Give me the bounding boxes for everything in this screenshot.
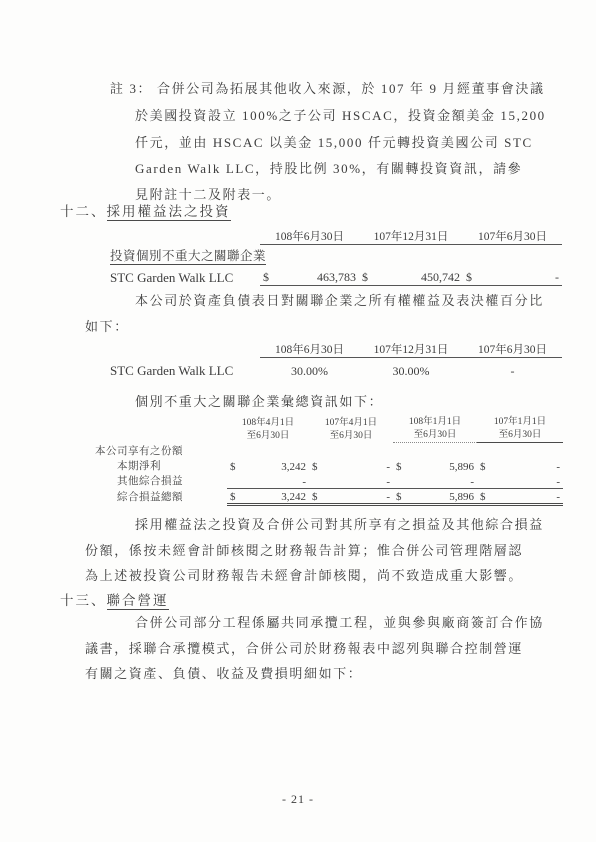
equity-method-para-line-2: 份額，係按未經會計師核閱之財務報告計算；惟合併公司管理階層認 (85, 540, 523, 559)
ownership-para-line-2: 如下： (85, 316, 129, 335)
amount-cell: - (477, 473, 563, 488)
amount-value: - (302, 476, 306, 488)
percentage-cell: 30.00% (359, 358, 463, 379)
period-line1: 108年4月1日 (227, 417, 309, 430)
amount-wrap: $3,242 (227, 491, 309, 503)
period-header: 108年1月1日至6月30日 (393, 412, 477, 443)
section-13-heading: 十三、聯合營運 (60, 589, 169, 609)
amount-wrap: $- (463, 270, 562, 285)
amount-cell: - (227, 473, 309, 488)
amount-value: - (556, 491, 560, 503)
equity-method-para-line-3: 為上述被投資公司財務報告未經會計師核閱，尚不致造成重大影響。 (85, 565, 523, 584)
amount-wrap: $- (309, 461, 393, 473)
amount-cell: $- (309, 458, 393, 473)
section-12-number: 十二、 (60, 204, 107, 219)
amount-cell: - (309, 473, 393, 488)
table-row: STC Garden Walk LLC 30.00% 30.00% - (110, 358, 562, 379)
currency-sign: $ (480, 491, 486, 503)
ownership-para-line-1: 本公司於資產負債表日對關聯企業之所有權權益及表決權百分比 (135, 290, 544, 309)
group-label: 投資個別不重大之關聯企業 (110, 249, 266, 265)
currency-sign: $ (312, 461, 318, 473)
amount-cell: $3,242 (227, 458, 309, 473)
period-line2: 至6月30日 (309, 430, 393, 443)
amount-wrap: $3,242 (227, 461, 309, 473)
amount-value: - (386, 476, 390, 488)
currency-sign: $ (396, 491, 402, 503)
note3-line-3: 仟元，並由 HSCAC 以美金 15,000 仟元轉投資美國公司 STC (135, 132, 533, 151)
currency-sign: $ (312, 491, 318, 503)
currency-sign: $ (480, 461, 486, 473)
amount-wrap: $5,896 (393, 491, 477, 503)
row-label: 其他綜合損益 (95, 473, 227, 488)
amount-value: 5,896 (449, 491, 474, 503)
date-header: 108年6月30日 (260, 337, 359, 358)
amount-value: - (386, 461, 390, 473)
table-row: 本公司享有之份額 (95, 443, 563, 459)
currency-sign: $ (396, 461, 402, 473)
amount-cell: $5,896 (393, 488, 477, 504)
currency-sign: $ (263, 270, 269, 285)
period-header: 108年4月1日至6月30日 (227, 412, 309, 443)
amount-wrap: $450,742 (359, 270, 463, 285)
date-header: 107年12月31日 (359, 337, 463, 358)
amount-value: - (556, 476, 560, 488)
page-number: - 21 - (0, 792, 596, 807)
period-header: 107年1月1日至6月30日 (477, 412, 563, 443)
note3-line-4: Garden Walk LLC，持股比例 30%，有關轉投資資訊，請參 (135, 158, 522, 177)
note3-line-2: 於美國投資設立 100%之子公司 HSCAC，投資金額美金 15,200 (135, 105, 546, 124)
amount-cell: $5,896 (393, 458, 477, 473)
period-header: 107年4月1日至6月30日 (309, 412, 393, 443)
percentage-cell: - (463, 358, 562, 379)
amount-cell: $- (477, 458, 563, 473)
amount-value: - (470, 476, 474, 488)
date-header: 107年12月31日 (359, 224, 463, 245)
currency-sign: $ (230, 491, 236, 503)
equity-method-para-line-1: 採用權益法之投資及合併公司對其所享有之損益及其他綜合損益 (135, 514, 544, 533)
amount-cell: $450,742 (359, 264, 463, 286)
joint-operation-para-line-2: 議書，採聯合承攬模式，合併公司於財務報表中認列與聯合控制營運 (85, 638, 523, 657)
group-label: 本公司享有之份額 (95, 443, 563, 459)
amount-wrap: $- (309, 491, 393, 503)
date-header: 107年6月30日 (463, 224, 562, 245)
amount-value: 450,742 (421, 270, 460, 285)
row-label: 本期淨利 (95, 458, 227, 473)
percentage-cell: 30.00% (260, 358, 359, 379)
table-row: 本期淨利 $3,242 $- $5,896 $- (95, 458, 563, 473)
amount-wrap: $- (477, 461, 563, 473)
currency-sign: $ (230, 461, 236, 473)
amount-cell: $- (477, 488, 563, 504)
period-line1: 108年1月1日 (393, 416, 477, 429)
ownership-percentage-table: 108年6月30日 107年12月31日 107年6月30日 STC Garde… (110, 337, 562, 379)
amount-value: - (386, 491, 390, 503)
amount-wrap: $5,896 (393, 461, 477, 473)
section-12-heading: 十二、採用權益法之投資 (60, 200, 231, 220)
table-row: STC Garden Walk LLC $463,783 $450,742 $- (110, 264, 562, 286)
table-row: 其他綜合損益 - - - - (95, 473, 563, 488)
amount-value: - (556, 461, 560, 473)
amount-value: 3,242 (281, 491, 306, 503)
table-row: 108年4月1日至6月30日 107年4月1日至6月30日 108年1月1日至6… (95, 412, 563, 443)
joint-operation-para-line-3: 有關之資產、負債、收益及費損明細如下： (85, 663, 362, 682)
section-12-title: 採用權益法之投資 (107, 204, 231, 221)
date-header: 107年6月30日 (463, 337, 562, 358)
amount-cell: $- (309, 488, 393, 504)
amount-cell: $463,783 (260, 264, 359, 286)
amount-value: 3,242 (281, 461, 306, 473)
empty-cell (95, 412, 227, 443)
currency-sign: $ (362, 270, 368, 285)
empty-cell (110, 224, 260, 245)
period-line1: 107年1月1日 (477, 416, 563, 429)
amount-cell: - (393, 473, 477, 488)
period-line1: 107年4月1日 (309, 417, 393, 430)
amount-value: 463,783 (317, 270, 356, 285)
amount-wrap: - (477, 476, 563, 488)
table-row: 投資個別不重大之關聯企業 (110, 245, 562, 265)
note3-line-1: 註 3： 合併公司為拓展其他收入來源，於 107 年 9 月經董事會決議 (110, 78, 545, 97)
amount-value: 5,896 (449, 461, 474, 473)
entity-name: STC Garden Walk LLC (110, 264, 260, 286)
table-row: 108年6月30日 107年12月31日 107年6月30日 (110, 337, 562, 358)
amount-wrap: $- (477, 491, 563, 503)
amount-wrap: $463,783 (260, 270, 359, 285)
group-label-cell: 投資個別不重大之關聯企業 (110, 245, 562, 265)
section-13-title: 聯合營運 (107, 593, 169, 610)
amount-cell: $- (463, 264, 562, 286)
table-row: 108年6月30日 107年12月31日 107年6月30日 (110, 224, 562, 245)
entity-name: STC Garden Walk LLC (110, 358, 260, 379)
joint-operation-para-line-1: 合併公司部分工程係屬共同承攬工程，並與參與廠商簽訂合作協 (135, 612, 544, 631)
investment-amount-table: 108年6月30日 107年12月31日 107年6月30日 投資個別不重大之關… (110, 224, 562, 286)
section-13-number: 十三、 (60, 593, 107, 608)
period-line2: 至6月30日 (227, 430, 309, 443)
document-page: 註 3： 合併公司為拓展其他收入來源，於 107 年 9 月經董事會決議 於美國… (0, 0, 596, 842)
period-line2: 至6月30日 (477, 429, 563, 442)
empty-cell (110, 337, 260, 358)
amount-wrap: - (393, 476, 477, 488)
amount-cell: $3,242 (227, 488, 309, 504)
row-label: 綜合損益總額 (95, 488, 227, 504)
amount-value: - (555, 270, 559, 285)
currency-sign: $ (466, 270, 472, 285)
summary-financial-table: 108年4月1日至6月30日 107年4月1日至6月30日 108年1月1日至6… (95, 412, 563, 506)
amount-wrap: - (309, 476, 393, 488)
date-header: 108年6月30日 (260, 224, 359, 245)
period-line2: 至6月30日 (393, 429, 477, 442)
table-row: 綜合損益總額 $3,242 $- $5,896 $- (95, 488, 563, 504)
amount-wrap: - (227, 476, 309, 488)
summary-intro-line: 個別不重大之關聯企業彙總資訊如下： (135, 391, 383, 410)
